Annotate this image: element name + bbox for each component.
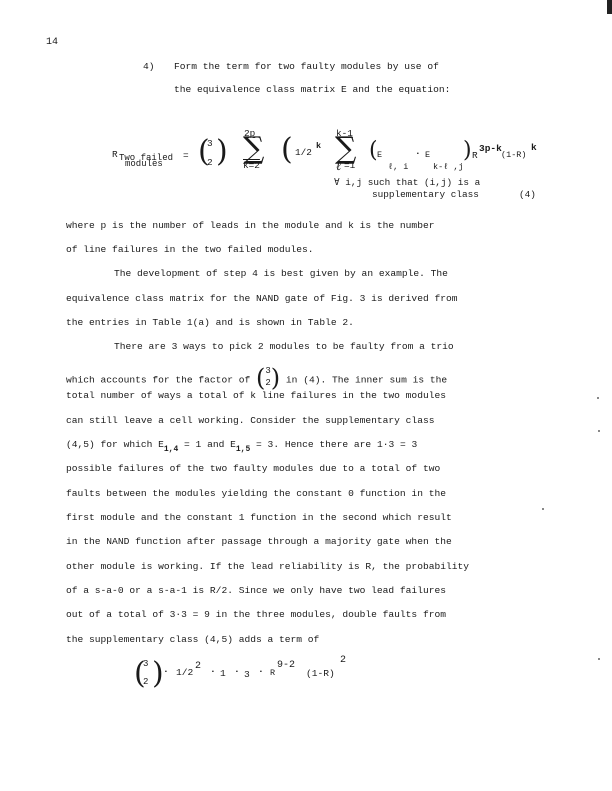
final-one-minus-R-exp: 2 [340, 655, 346, 666]
E14-subscript: 1,4 [164, 445, 178, 454]
final-binom-right-paren: ) [152, 659, 164, 689]
text-segment: in (4). The inner sum is the [286, 375, 447, 386]
paragraph-line: can still leave a cell working. Consider… [66, 415, 434, 426]
R-exp: 3p-k [479, 143, 502, 154]
paragraph-line: the entries in Table 1(a) and is shown i… [66, 317, 354, 328]
lhs-symbol: R [112, 149, 118, 160]
dot-4: · [258, 666, 264, 677]
half-exp: k [316, 141, 321, 151]
paragraph-line: in the NAND function after passage throu… [66, 536, 452, 547]
paragraph-line: where p is the number of leads in the mo… [66, 220, 434, 231]
paragraph-line: equivalence class matrix for the NAND ga… [66, 293, 458, 304]
lhs-sub-2: modules [125, 159, 163, 169]
final-one: 1 [220, 668, 226, 679]
final-half-exp: 2 [195, 661, 201, 672]
dot-2: · [210, 666, 216, 677]
text-segment: = 3. Hence there are 1·3 = 3 [256, 439, 417, 450]
inner-right-paren: ) [463, 136, 472, 166]
outer-left-paren: ( [281, 135, 293, 165]
one-minus-R-exp: k [531, 142, 537, 153]
inline-binom-left-paren: ( [256, 364, 265, 392]
paragraph-line: other module is working. If the lead rel… [66, 561, 469, 572]
paragraph-line: faults between the modules yielding the … [66, 488, 446, 499]
final-three: 3 [244, 669, 250, 680]
paragraph-line: the supplementary class (4,5) adds a ter… [66, 634, 319, 645]
binom-bottom: 2 [207, 157, 213, 168]
text-segment: = 1 and E [184, 439, 236, 450]
equals-sign: = [183, 150, 189, 161]
scan-edge-mark [607, 0, 612, 14]
binom-top: 3 [207, 138, 213, 149]
final-half: 1/2 [176, 667, 193, 678]
step-text-line-2: the equivalence class matrix E and the e… [174, 84, 450, 95]
paragraph-line: of line failures in the two failed modul… [66, 244, 314, 255]
final-binom-bottom: 2 [143, 677, 148, 687]
paragraph-line: The development of step 4 is best given … [114, 268, 448, 279]
equation-number: (4) [519, 189, 536, 200]
E1: E [377, 150, 382, 160]
step-label: 4) [143, 61, 155, 72]
text-segment: (4,5) for which E [66, 439, 164, 450]
binom-right-paren: ) [216, 137, 228, 167]
condition-line-2: supplementary class [372, 189, 479, 200]
margin-speck [598, 658, 600, 660]
R-symbol: R [472, 150, 478, 161]
E1-sub: ℓ, i [388, 162, 408, 172]
final-R-exp: 9-2 [277, 660, 295, 671]
paragraph-line: first module and the constant 1 function… [66, 512, 452, 523]
margin-speck [598, 430, 600, 432]
E2: E [425, 150, 430, 160]
E15-subscript: 1,5 [236, 445, 250, 454]
final-one-minus-R: (1-R) [306, 668, 335, 679]
E2-sub: k-ℓ ,j [433, 162, 464, 172]
paragraph-line: out of a total of 3·3 = 9 in the three m… [66, 609, 446, 620]
dot-1: · [163, 666, 169, 677]
inline-binom-bottom: 2 [265, 378, 270, 388]
inline-binom-top: 3 [265, 366, 270, 376]
condition-line-1: ∀ i,j such that (i,j) is a [334, 177, 480, 188]
page-number: 14 [46, 37, 58, 48]
inline-binom-right-paren: ) [271, 364, 280, 392]
final-binom-top: 3 [143, 659, 148, 669]
inline-binom: 32 [265, 365, 270, 389]
paragraph-line-with-subscripts: (4,5) for which E1,4 = 1 and E1,5 = 3. H… [66, 439, 417, 450]
step-text-line-1: Form the term for two faulty modules by … [174, 61, 439, 72]
sum2-lower-var: ℓ [336, 158, 342, 174]
sum2-lower-rest: =1 [344, 160, 355, 171]
dot-3: · [234, 666, 240, 677]
sum1-lower: k=2 [243, 160, 260, 171]
half-term: 1/2 [295, 147, 312, 158]
margin-speck [597, 397, 599, 399]
paragraph-line: total number of ways a total of k line f… [66, 390, 446, 401]
product-dot: · [415, 148, 421, 159]
margin-speck [542, 508, 544, 510]
paragraph-line: There are 3 ways to pick 2 modules to be… [114, 341, 454, 352]
one-minus-R: (1-R) [501, 150, 527, 160]
paragraph-line: possible failures of the two faulty modu… [66, 463, 440, 474]
text-segment: which accounts for the factor of [66, 375, 250, 386]
paragraph-line: of a s-a-0 or a s-a-1 is R/2. Since we o… [66, 585, 446, 596]
final-R: R [270, 668, 275, 678]
